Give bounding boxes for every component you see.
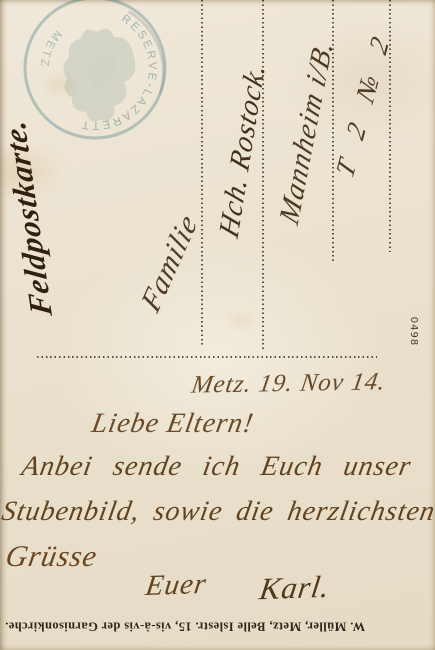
message-dateline: Metz. 19. Nov 14. — [189, 368, 387, 399]
address-line-street: T 2 № 2 — [330, 23, 397, 183]
address-rule-2 — [262, 0, 264, 351]
svg-text:METZ: METZ — [34, 26, 65, 73]
address-rule-3 — [332, 0, 334, 263]
message-closing: Euer — [144, 568, 209, 603]
address-line-recipient: Familie — [136, 207, 205, 319]
address-rule-1 — [201, 0, 203, 345]
message-body-line-3: Grüsse — [3, 540, 100, 574]
address-panel-divider — [37, 356, 377, 358]
message-signature: Karl. — [257, 569, 332, 607]
print-number: 0498 — [408, 317, 419, 346]
message-body-line-2: Stubenbild, sowie die herzlichsten — [0, 496, 435, 528]
address-line-city: Mannheim i/B. — [274, 34, 340, 229]
postcard-scan: RESERVE-LAZARETT METZ Feldpostkarte. Fam… — [0, 0, 435, 650]
message-salutation: Liebe Eltern! — [89, 408, 256, 440]
message-body-line-1: Anbei sende ich Euch unser — [19, 451, 414, 483]
stamp-text-bottom: METZ — [34, 26, 65, 73]
printer-imprint: W. Müller, Metz, Belle Islestr. 15, vis-… — [5, 619, 365, 634]
